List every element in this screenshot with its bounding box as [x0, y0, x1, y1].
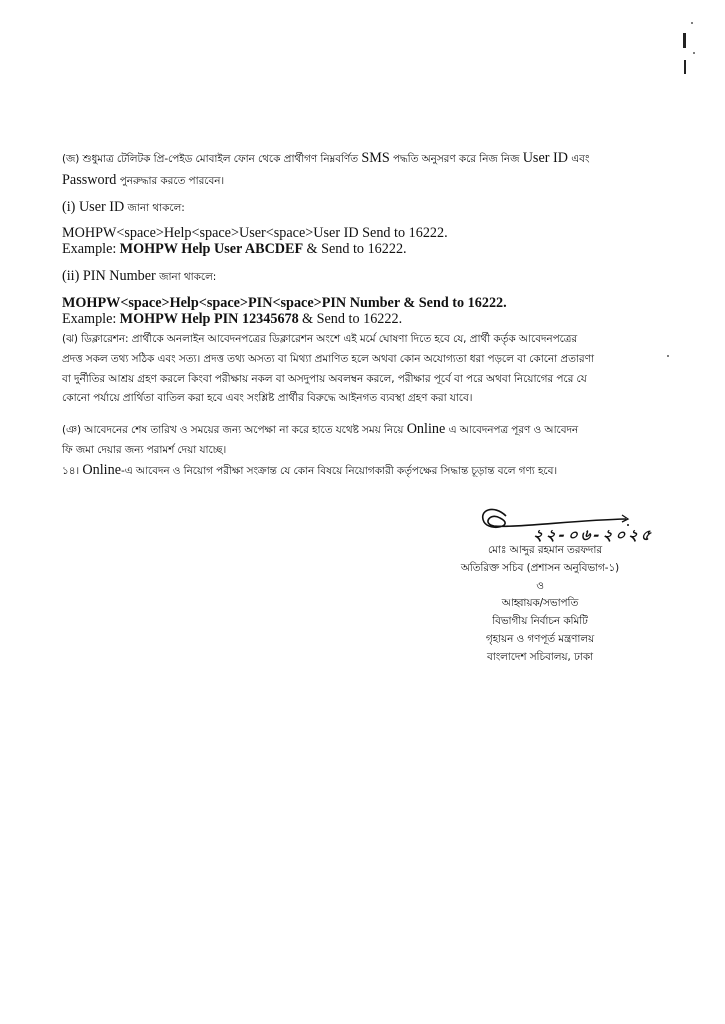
text: -এ আবেদন ও নিয়োগ পরীক্ষা সংক্রান্ত যে ক… — [121, 465, 557, 477]
text: Online — [82, 462, 121, 478]
example-command: MOHPW Help PIN 12345678 — [120, 311, 299, 327]
signatory-ministry: গৃহায়ন ও গণপূর্ত মন্ত্রণালয় — [420, 631, 660, 649]
text: জানা থাকলে: — [159, 271, 216, 283]
section-number: ১৪। — [62, 465, 79, 477]
text-line: (ঝ) ডিক্লারেশন: প্রার্থীকে অনলাইন আবেদনপ… — [62, 330, 707, 350]
signatory-committee: বিভাগীয় নির্বাচন কমিটি — [420, 613, 660, 631]
command-syntax: MOHPW<space>Help<space>User<space>User I… — [62, 225, 707, 241]
command-syntax: MOHPW<space>Help<space>PIN<space>PIN Num… — [62, 295, 707, 311]
scan-speck — [693, 52, 695, 54]
text: (ঞ) আবেদনের শেষ তারিখ ও সময়ের জন্য অপেক… — [62, 424, 403, 436]
text: পুনরুদ্ধার করতে পারবেন। — [120, 175, 224, 187]
example-label: Example: — [62, 311, 116, 327]
text: Online — [407, 421, 446, 437]
paragraph-declaration: (ঝ) ডিক্লারেশন: প্রার্থীকে অনলাইন আবেদনপ… — [62, 330, 707, 409]
signatory-name: মোঃ আব্দুর রহমান তরফদার — [420, 542, 660, 560]
signatory-role: আহ্বায়ক/সভাপতি — [420, 595, 660, 613]
text: (i) User ID — [62, 199, 124, 215]
text: Password — [62, 172, 116, 188]
text-line: বা দুর্নীতির আশ্রয় গ্রহণ করলে কিংবা পরী… — [62, 370, 707, 390]
text: এ আবেদনপত্র পূরণ ও আবেদন — [449, 424, 578, 436]
paragraph-deadline-advice: (ঞ) আবেদনের শেষ তারিখ ও সময়ের জন্য অপেক… — [62, 419, 707, 460]
paragraph-14-final-decision: ১৪। Online-এ আবেদন ও নিয়োগ পরীক্ষা সংক্… — [62, 460, 707, 482]
text: (ii) PIN Number — [62, 268, 156, 284]
signatory-secretariat: বাংলাদেশ সচিবালয়, ঢাকা — [420, 649, 660, 667]
paragraph-sms-recovery: (জ) শুধুমাত্র টেলিটক প্রি-পেইড মোবাইল ফো… — [62, 148, 707, 191]
example-command: MOHPW Help User ABCDEF — [120, 241, 304, 257]
scan-margin-mark — [684, 60, 686, 74]
example-rest: & Send to 16222. — [306, 241, 406, 257]
text: User ID — [523, 150, 568, 166]
scan-margin-mark — [683, 33, 686, 48]
signatory-block: মোঃ আব্দুর রহমান তরফদার অতিরিক্ত সচিব (প… — [420, 542, 660, 667]
scan-speck — [691, 22, 693, 24]
option-user-id-heading: (i) User ID জানা থাকলে: — [62, 197, 707, 219]
text: জানা থাকলে: — [128, 202, 185, 214]
text-line: কোনো পর্যায়ে প্রার্থিতা বাতিল করা হবে এ… — [62, 389, 707, 409]
signatory-designation: অতিরিক্ত সচিব (প্রশাসন অনুবিভাগ-১) — [420, 560, 660, 578]
example-label: Example: — [62, 241, 116, 257]
sms-command-pin: MOHPW<space>Help<space>PIN<space>PIN Num… — [62, 295, 707, 327]
text-line: প্রদত্ত সকল তথ্য সঠিক এবং সত্য। প্রদত্ত … — [62, 350, 707, 370]
signatory-conjunction: ও — [420, 578, 660, 596]
text-line: ফি জমা দেয়ার জন্য পরামর্শ দেয়া যাচ্ছে। — [62, 441, 707, 461]
text: এবং — [571, 153, 589, 165]
sms-command-user: MOHPW<space>Help<space>User<space>User I… — [62, 225, 707, 257]
example-rest: & Send to 16222. — [302, 311, 402, 327]
text: SMS — [361, 150, 389, 166]
text: পদ্ধতি অনুসরণ করে নিজ নিজ — [393, 153, 519, 165]
document-page: (জ) শুধুমাত্র টেলিটক প্রি-পেইড মোবাইল ফো… — [0, 0, 725, 1024]
text: (জ) শুধুমাত্র টেলিটক প্রি-পেইড মোবাইল ফো… — [62, 153, 358, 165]
option-pin-heading: (ii) PIN Number জানা থাকলে: — [62, 266, 707, 288]
